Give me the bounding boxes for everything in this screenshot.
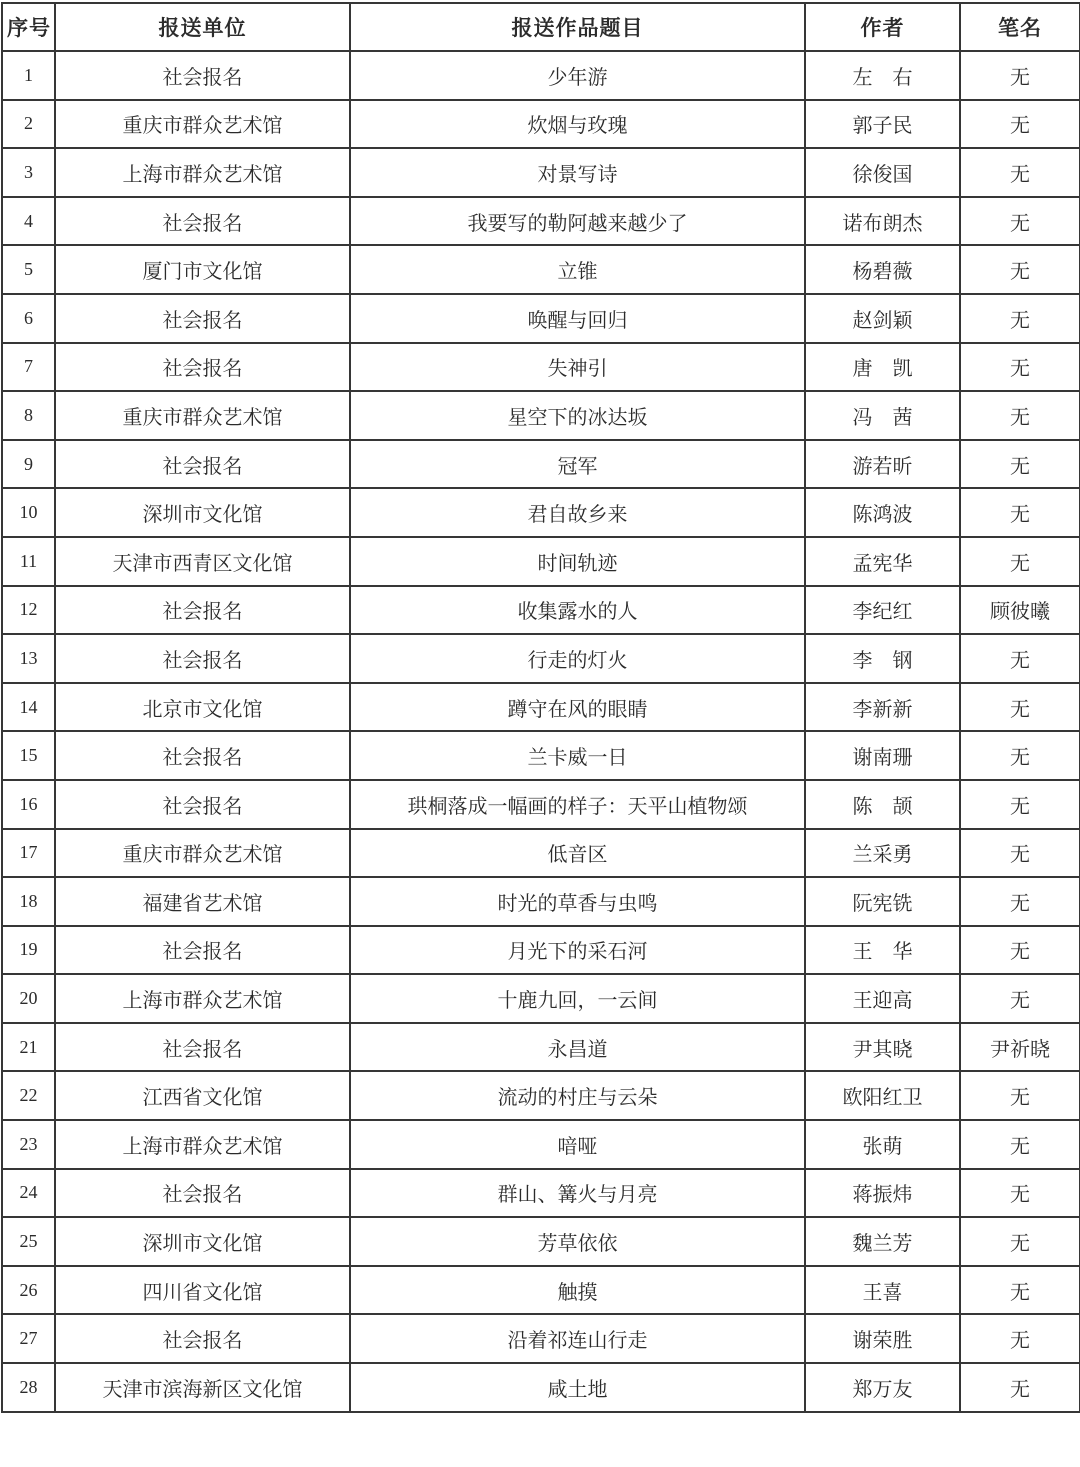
cell-no: 23 <box>2 1120 55 1169</box>
cell-author: 王 华 <box>805 926 960 975</box>
cell-author: 魏兰芳 <box>805 1217 960 1266</box>
cell-author: 游若昕 <box>805 440 960 489</box>
cell-pen-name: 无 <box>960 148 1080 197</box>
cell-pen-name: 无 <box>960 1217 1080 1266</box>
cell-unit: 社会报名 <box>55 586 350 635</box>
cell-author: 兰采勇 <box>805 829 960 878</box>
cell-unit: 社会报名 <box>55 1314 350 1363</box>
cell-pen-name: 无 <box>960 731 1080 780</box>
cell-unit: 社会报名 <box>55 294 350 343</box>
cell-unit: 社会报名 <box>55 780 350 829</box>
cell-author: 郑万友 <box>805 1363 960 1412</box>
cell-title: 兰卡威一日 <box>350 731 805 780</box>
cell-title: 失神引 <box>350 343 805 392</box>
cell-author: 唐 凯 <box>805 343 960 392</box>
cell-title: 沿着祁连山行走 <box>350 1314 805 1363</box>
table-row: 23上海市群众艺术馆喑哑张萌无 <box>2 1120 1080 1169</box>
cell-no: 7 <box>2 343 55 392</box>
cell-no: 8 <box>2 391 55 440</box>
table-row: 10深圳市文化馆君自故乡来陈鸿波无 <box>2 488 1080 537</box>
cell-no: 18 <box>2 877 55 926</box>
submissions-table: 序号 报送单位 报送作品题目 作者 笔名 1社会报名少年游左 右无2重庆市群众艺… <box>1 2 1080 1413</box>
cell-no: 1 <box>2 51 55 100</box>
cell-title: 十鹿九回，一云间 <box>350 974 805 1023</box>
cell-title: 对景写诗 <box>350 148 805 197</box>
cell-author: 杨碧薇 <box>805 245 960 294</box>
cell-unit: 重庆市群众艺术馆 <box>55 100 350 149</box>
cell-title: 时光的草香与虫鸣 <box>350 877 805 926</box>
cell-pen-name: 无 <box>960 537 1080 586</box>
cell-unit: 社会报名 <box>55 440 350 489</box>
cell-title: 群山、篝火与月亮 <box>350 1169 805 1218</box>
cell-pen-name: 无 <box>960 1266 1080 1315</box>
table-row: 11天津市西青区文化馆时间轨迹孟宪华无 <box>2 537 1080 586</box>
cell-title: 流动的村庄与云朵 <box>350 1071 805 1120</box>
cell-title: 喑哑 <box>350 1120 805 1169</box>
table-body: 1社会报名少年游左 右无2重庆市群众艺术馆炊烟与玫瑰郭子民无3上海市群众艺术馆对… <box>2 51 1080 1412</box>
document-page: 序号 报送单位 报送作品题目 作者 笔名 1社会报名少年游左 右无2重庆市群众艺… <box>0 0 1080 1467</box>
cell-pen-name: 尹祈晓 <box>960 1023 1080 1072</box>
cell-author: 孟宪华 <box>805 537 960 586</box>
cell-title: 冠军 <box>350 440 805 489</box>
column-header-no: 序号 <box>2 3 55 51</box>
table-row: 19社会报名月光下的采石河王 华无 <box>2 926 1080 975</box>
table-row: 22江西省文化馆流动的村庄与云朵欧阳红卫无 <box>2 1071 1080 1120</box>
cell-author: 王迎高 <box>805 974 960 1023</box>
table-row: 4社会报名我要写的勒阿越来越少了诺布朗杰无 <box>2 197 1080 246</box>
cell-title: 收集露水的人 <box>350 586 805 635</box>
cell-pen-name: 无 <box>960 780 1080 829</box>
cell-unit: 福建省艺术馆 <box>55 877 350 926</box>
cell-title: 珙桐落成一幅画的样子：天平山植物颂 <box>350 780 805 829</box>
table-row: 6社会报名唤醒与回归赵剑颖无 <box>2 294 1080 343</box>
cell-title: 星空下的冰达坂 <box>350 391 805 440</box>
cell-pen-name: 无 <box>960 926 1080 975</box>
cell-author: 谢南珊 <box>805 731 960 780</box>
cell-title: 低音区 <box>350 829 805 878</box>
cell-pen-name: 无 <box>960 100 1080 149</box>
table-row: 21社会报名永昌道尹其晓尹祈晓 <box>2 1023 1080 1072</box>
cell-no: 10 <box>2 488 55 537</box>
cell-title: 唤醒与回归 <box>350 294 805 343</box>
cell-unit: 上海市群众艺术馆 <box>55 974 350 1023</box>
cell-pen-name: 无 <box>960 245 1080 294</box>
table-row: 9社会报名冠军游若昕无 <box>2 440 1080 489</box>
cell-title: 咸土地 <box>350 1363 805 1412</box>
cell-author: 阮宪铣 <box>805 877 960 926</box>
cell-author: 蒋振炜 <box>805 1169 960 1218</box>
cell-no: 21 <box>2 1023 55 1072</box>
cell-no: 13 <box>2 634 55 683</box>
cell-pen-name: 无 <box>960 1120 1080 1169</box>
cell-title: 君自故乡来 <box>350 488 805 537</box>
table-row: 2重庆市群众艺术馆炊烟与玫瑰郭子民无 <box>2 100 1080 149</box>
cell-pen-name: 无 <box>960 488 1080 537</box>
cell-pen-name: 无 <box>960 51 1080 100</box>
cell-pen-name: 无 <box>960 1314 1080 1363</box>
cell-no: 28 <box>2 1363 55 1412</box>
cell-title: 时间轨迹 <box>350 537 805 586</box>
cell-unit: 上海市群众艺术馆 <box>55 1120 350 1169</box>
cell-pen-name: 无 <box>960 877 1080 926</box>
table-row: 5厦门市文化馆立锥杨碧薇无 <box>2 245 1080 294</box>
cell-no: 27 <box>2 1314 55 1363</box>
cell-pen-name: 无 <box>960 634 1080 683</box>
cell-no: 19 <box>2 926 55 975</box>
cell-no: 3 <box>2 148 55 197</box>
cell-author: 谢荣胜 <box>805 1314 960 1363</box>
cell-no: 2 <box>2 100 55 149</box>
cell-unit: 江西省文化馆 <box>55 1071 350 1120</box>
cell-title: 行走的灯火 <box>350 634 805 683</box>
cell-author: 郭子民 <box>805 100 960 149</box>
column-header-author: 作者 <box>805 3 960 51</box>
cell-author: 李纪红 <box>805 586 960 635</box>
cell-no: 4 <box>2 197 55 246</box>
cell-no: 15 <box>2 731 55 780</box>
cell-title: 芳草依依 <box>350 1217 805 1266</box>
header-row: 序号 报送单位 报送作品题目 作者 笔名 <box>2 3 1080 51</box>
cell-author: 赵剑颖 <box>805 294 960 343</box>
cell-unit: 社会报名 <box>55 1169 350 1218</box>
cell-unit: 社会报名 <box>55 731 350 780</box>
cell-pen-name: 无 <box>960 1363 1080 1412</box>
cell-no: 9 <box>2 440 55 489</box>
cell-pen-name: 无 <box>960 829 1080 878</box>
cell-no: 24 <box>2 1169 55 1218</box>
cell-author: 徐俊国 <box>805 148 960 197</box>
cell-author: 张萌 <box>805 1120 960 1169</box>
table-row: 12社会报名收集露水的人李纪红顾彼曦 <box>2 586 1080 635</box>
cell-author: 陈 颉 <box>805 780 960 829</box>
cell-unit: 社会报名 <box>55 51 350 100</box>
cell-no: 5 <box>2 245 55 294</box>
cell-no: 26 <box>2 1266 55 1315</box>
cell-unit: 深圳市文化馆 <box>55 488 350 537</box>
cell-pen-name: 无 <box>960 440 1080 489</box>
cell-author: 王喜 <box>805 1266 960 1315</box>
table-row: 28天津市滨海新区文化馆咸土地郑万友无 <box>2 1363 1080 1412</box>
table-header: 序号 报送单位 报送作品题目 作者 笔名 <box>2 3 1080 51</box>
cell-title: 触摸 <box>350 1266 805 1315</box>
cell-no: 16 <box>2 780 55 829</box>
cell-title: 永昌道 <box>350 1023 805 1072</box>
cell-no: 14 <box>2 683 55 732</box>
cell-pen-name: 无 <box>960 294 1080 343</box>
column-header-unit: 报送单位 <box>55 3 350 51</box>
cell-pen-name: 无 <box>960 1169 1080 1218</box>
cell-pen-name: 顾彼曦 <box>960 586 1080 635</box>
cell-no: 22 <box>2 1071 55 1120</box>
cell-no: 12 <box>2 586 55 635</box>
cell-pen-name: 无 <box>960 391 1080 440</box>
table-row: 7社会报名失神引唐 凯无 <box>2 343 1080 392</box>
cell-author: 李新新 <box>805 683 960 732</box>
cell-author: 冯 茜 <box>805 391 960 440</box>
cell-unit: 厦门市文化馆 <box>55 245 350 294</box>
cell-unit: 天津市西青区文化馆 <box>55 537 350 586</box>
table-row: 20上海市群众艺术馆十鹿九回，一云间王迎高无 <box>2 974 1080 1023</box>
cell-no: 20 <box>2 974 55 1023</box>
table-row: 17重庆市群众艺术馆低音区兰采勇无 <box>2 829 1080 878</box>
cell-title: 我要写的勒阿越来越少了 <box>350 197 805 246</box>
cell-no: 17 <box>2 829 55 878</box>
cell-title: 少年游 <box>350 51 805 100</box>
cell-unit: 社会报名 <box>55 1023 350 1072</box>
column-header-pen-name: 笔名 <box>960 3 1080 51</box>
table-row: 14北京市文化馆蹲守在风的眼睛李新新无 <box>2 683 1080 732</box>
cell-unit: 重庆市群众艺术馆 <box>55 391 350 440</box>
cell-pen-name: 无 <box>960 974 1080 1023</box>
cell-author: 左 右 <box>805 51 960 100</box>
cell-author: 诺布朗杰 <box>805 197 960 246</box>
table-row: 15社会报名兰卡威一日谢南珊无 <box>2 731 1080 780</box>
table-row: 13社会报名行走的灯火李 钢无 <box>2 634 1080 683</box>
cell-author: 欧阳红卫 <box>805 1071 960 1120</box>
cell-author: 尹其晓 <box>805 1023 960 1072</box>
table-row: 26四川省文化馆触摸王喜无 <box>2 1266 1080 1315</box>
cell-unit: 社会报名 <box>55 343 350 392</box>
cell-title: 炊烟与玫瑰 <box>350 100 805 149</box>
cell-unit: 社会报名 <box>55 926 350 975</box>
cell-unit: 社会报名 <box>55 634 350 683</box>
table-row: 25深圳市文化馆芳草依依魏兰芳无 <box>2 1217 1080 1266</box>
cell-no: 6 <box>2 294 55 343</box>
cell-unit: 北京市文化馆 <box>55 683 350 732</box>
cell-author: 陈鸿波 <box>805 488 960 537</box>
cell-no: 25 <box>2 1217 55 1266</box>
column-header-title: 报送作品题目 <box>350 3 805 51</box>
table-row: 18福建省艺术馆时光的草香与虫鸣阮宪铣无 <box>2 877 1080 926</box>
cell-unit: 深圳市文化馆 <box>55 1217 350 1266</box>
cell-unit: 四川省文化馆 <box>55 1266 350 1315</box>
cell-pen-name: 无 <box>960 683 1080 732</box>
table-row: 1社会报名少年游左 右无 <box>2 51 1080 100</box>
cell-title: 月光下的采石河 <box>350 926 805 975</box>
table-row: 16社会报名珙桐落成一幅画的样子：天平山植物颂陈 颉无 <box>2 780 1080 829</box>
cell-unit: 重庆市群众艺术馆 <box>55 829 350 878</box>
table-row: 3上海市群众艺术馆对景写诗徐俊国无 <box>2 148 1080 197</box>
cell-title: 蹲守在风的眼睛 <box>350 683 805 732</box>
cell-no: 11 <box>2 537 55 586</box>
cell-author: 李 钢 <box>805 634 960 683</box>
cell-title: 立锥 <box>350 245 805 294</box>
cell-unit: 上海市群众艺术馆 <box>55 148 350 197</box>
table-row: 24社会报名群山、篝火与月亮蒋振炜无 <box>2 1169 1080 1218</box>
cell-pen-name: 无 <box>960 1071 1080 1120</box>
cell-unit: 社会报名 <box>55 197 350 246</box>
cell-unit: 天津市滨海新区文化馆 <box>55 1363 350 1412</box>
table-row: 8重庆市群众艺术馆星空下的冰达坂冯 茜无 <box>2 391 1080 440</box>
cell-pen-name: 无 <box>960 343 1080 392</box>
cell-pen-name: 无 <box>960 197 1080 246</box>
table-row: 27社会报名沿着祁连山行走谢荣胜无 <box>2 1314 1080 1363</box>
